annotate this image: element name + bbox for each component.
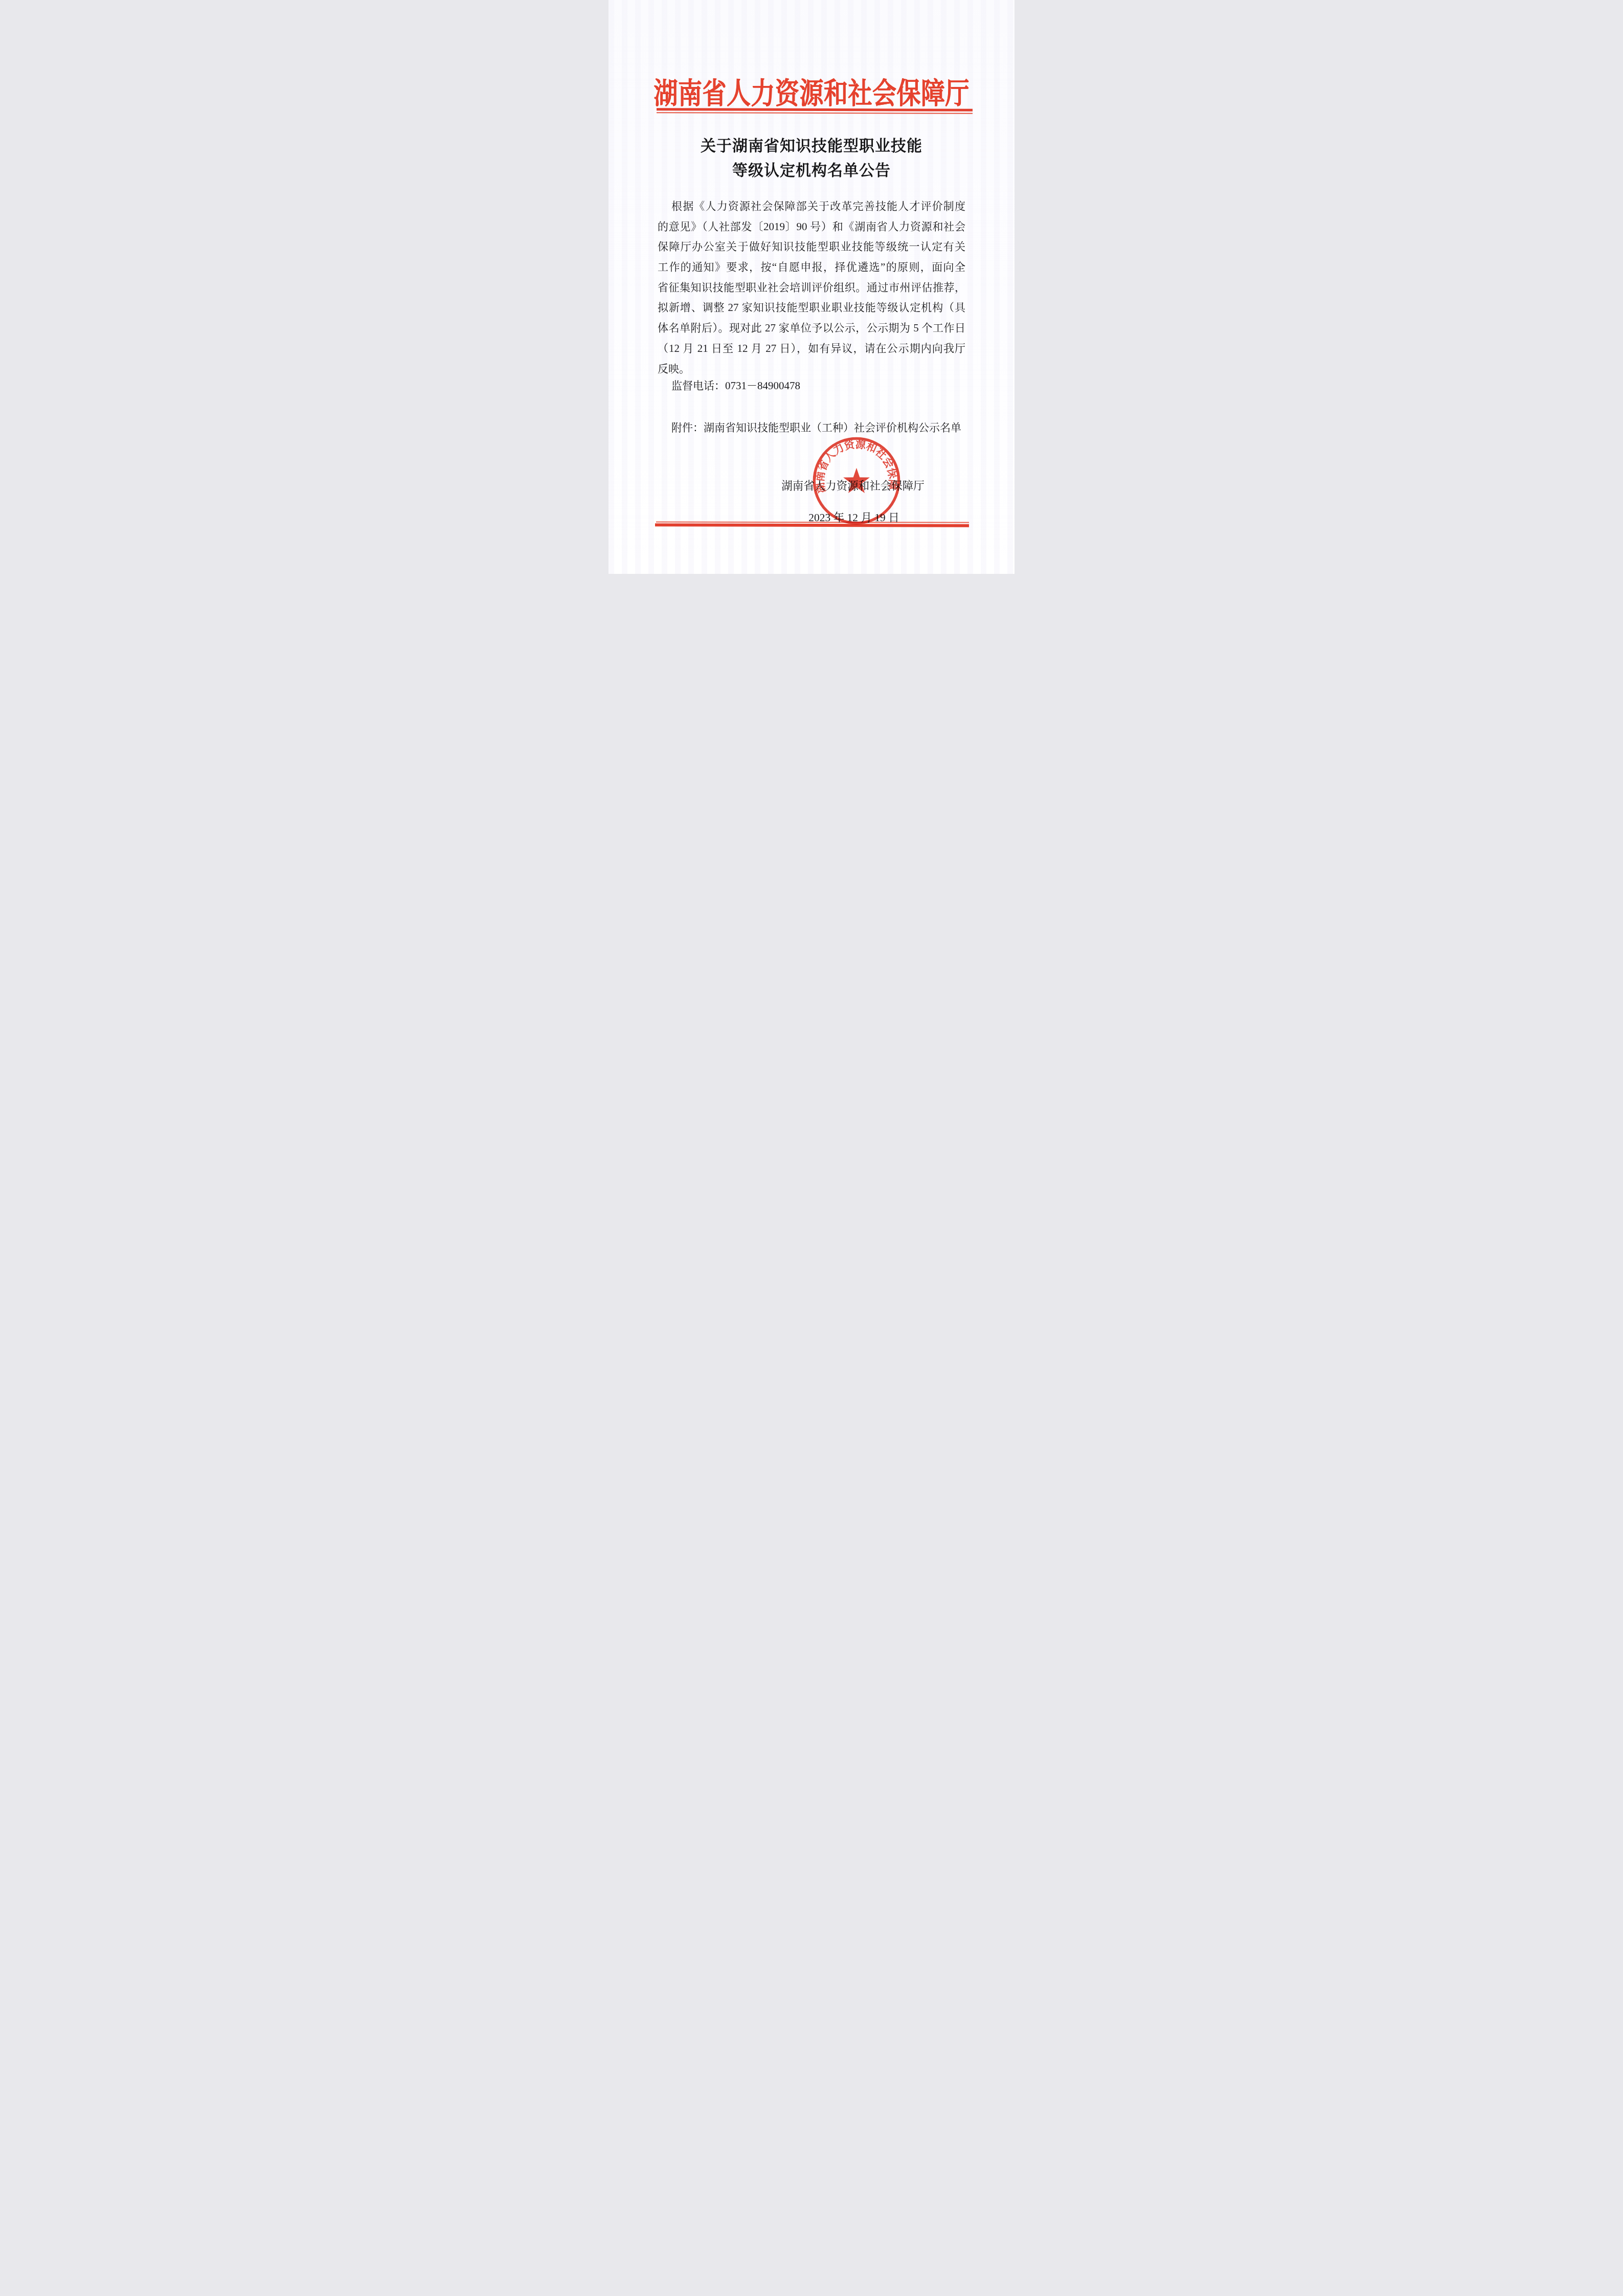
body-line: （12 月 21 日至 12 月 27 日），如有异议，请在公示期内向我厅: [658, 339, 965, 359]
body-line: 工作的通知》要求，按“自愿申报，择优遴选”的原则，面向全: [658, 257, 965, 278]
letterhead-rule-thin: [657, 112, 973, 114]
attachment-line: 附件：湖南省知识技能型职业（工种）社会评价机构公示名单: [658, 417, 961, 438]
supervision-phone-line: 监督电话：0731－84900478: [658, 375, 800, 396]
body-paragraph: 根据《人力资源社会保障部关于改革完善技能人才评价制度 的意见》（人社部发〔201…: [658, 196, 965, 379]
body-line: 省征集知识技能型职业社会培训评价组织。通过市州评估推荐，: [658, 278, 965, 298]
letterhead-agency-name: 湖南省人力资源和社会保障厅: [608, 77, 1015, 112]
document-page: 湖南省人力资源和社会保障厅 关于湖南省知识技能型职业技能 等级认定机构名单公告 …: [608, 0, 1015, 574]
document-title-line2: 等级认定机构名单公告: [608, 159, 1015, 183]
document-title: 关于湖南省知识技能型职业技能 等级认定机构名单公告: [608, 134, 1015, 183]
document-title-line1: 关于湖南省知识技能型职业技能: [608, 134, 1015, 159]
body-line: 的意见》（人社部发〔2019〕90 号）和《湖南省人力资源和社会: [658, 217, 965, 237]
body-line: 保障厅办公室关于做好知识技能型职业技能等级统一认定有关: [658, 237, 965, 257]
body-line: 拟新增、调整 27 家知识技能型职业职业技能等级认定机构（具: [658, 298, 965, 318]
signature-date: 2023 年 12 月 19 日: [808, 507, 899, 528]
signature-agency: 湖南省人力资源和社会保障厅: [781, 476, 925, 496]
body-line: 体名单附后）。现对此 27 家单位予以公示，公示期为 5 个工作日: [658, 318, 965, 339]
body-line: 根据《人力资源社会保障部关于改革完善技能人才评价制度: [658, 196, 965, 217]
